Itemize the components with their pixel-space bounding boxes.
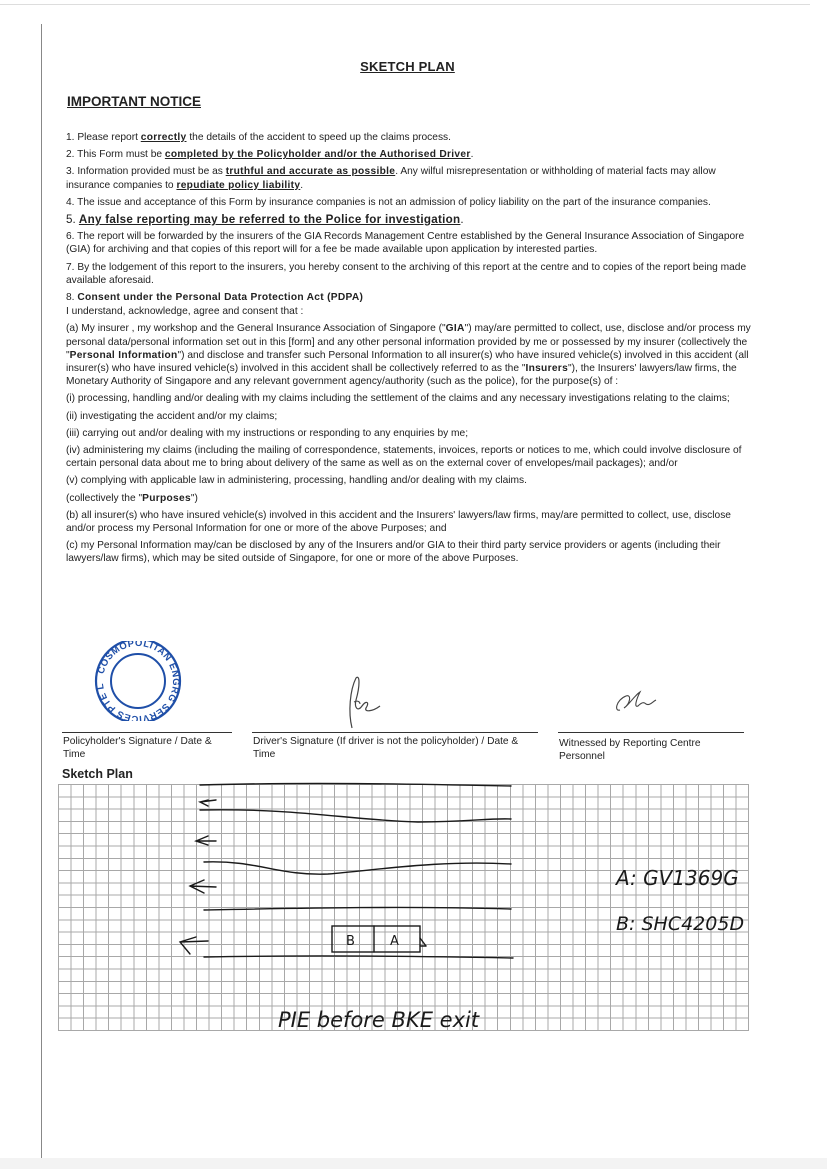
- purposes-definition: (collectively the "Purposes"): [66, 492, 756, 505]
- consent-a: (a) My insurer , my workshop and the Gen…: [66, 322, 756, 388]
- purpose-iv: (iv) administering my claims (including …: [66, 444, 756, 470]
- driver-signature-icon: [330, 672, 390, 730]
- vehicle-b-label: B: [346, 934, 355, 949]
- vehicle-b-plate: B: SHC4205D: [616, 913, 744, 935]
- notice-item-3: 3. Information provided must be as truth…: [66, 165, 756, 191]
- notice-heading: IMPORTANT NOTICE: [67, 94, 201, 109]
- driver-signature-line: [252, 732, 538, 733]
- notice-item-6: 6. The report will be forwarded by the i…: [66, 230, 756, 256]
- notice-item-2: 2. This Form must be completed by the Po…: [66, 148, 756, 161]
- policyholder-signature-line: [62, 732, 232, 733]
- notice-item-4: 4. The issue and acceptance of this Form…: [66, 196, 756, 209]
- purpose-v: (v) complying with applicable law in adm…: [66, 474, 756, 487]
- company-stamp-icon: COSMOPOLITAN ENGRG SERVICES PTE LTD: [93, 641, 183, 721]
- witness-signature-icon: [612, 688, 662, 716]
- document-title: SKETCH PLAN: [0, 59, 827, 74]
- purpose-ii: (ii) investigating the accident and/or m…: [66, 410, 756, 423]
- policyholder-signature-label: Policyholder's Signature / Date & Time: [63, 735, 233, 761]
- vehicle-a-label: A: [390, 934, 399, 949]
- page-left-margin-line: [41, 24, 42, 1158]
- svg-text:COSMOPOLITAN ENGRG SERVICES PT: COSMOPOLITAN ENGRG SERVICES PTE LTD: [93, 641, 181, 721]
- witness-signature-label: Witnessed by Reporting Centre Personnel: [559, 737, 729, 763]
- driver-signature-label: Driver's Signature (If driver is not the…: [253, 735, 543, 761]
- page-bottom-edge: [0, 1158, 827, 1169]
- page-top-edge: [0, 4, 810, 5]
- consent-c: (c) my Personal Information may/can be d…: [66, 539, 756, 565]
- vehicle-a-plate: A: GV1369G: [614, 866, 739, 890]
- purpose-iii: (iii) carrying out and/or dealing with m…: [66, 427, 756, 440]
- consent-b: (b) all insurer(s) who have insured vehi…: [66, 509, 756, 535]
- notice-item-1: 1. Please report correctly the details o…: [66, 131, 756, 144]
- witness-signature-line: [558, 732, 744, 733]
- sketch-plan-label: Sketch Plan: [62, 767, 133, 781]
- purpose-i: (i) processing, handling and/or dealing …: [66, 392, 756, 405]
- notice-item-5: 5. Any false reporting may be referred t…: [66, 213, 756, 226]
- consent-intro: I understand, acknowledge, agree and con…: [66, 305, 756, 318]
- sketch-drawing: B A A: GV1369G B: SHC4205D PIE before BK…: [58, 780, 758, 1040]
- sketch-note: PIE before BKE exit: [278, 1008, 480, 1032]
- notice-item-7: 7. By the lodgement of this report to th…: [66, 261, 756, 287]
- notice-item-8: 8. Consent under the Personal Data Prote…: [66, 291, 756, 304]
- notice-body: 1. Please report correctly the details o…: [66, 131, 756, 570]
